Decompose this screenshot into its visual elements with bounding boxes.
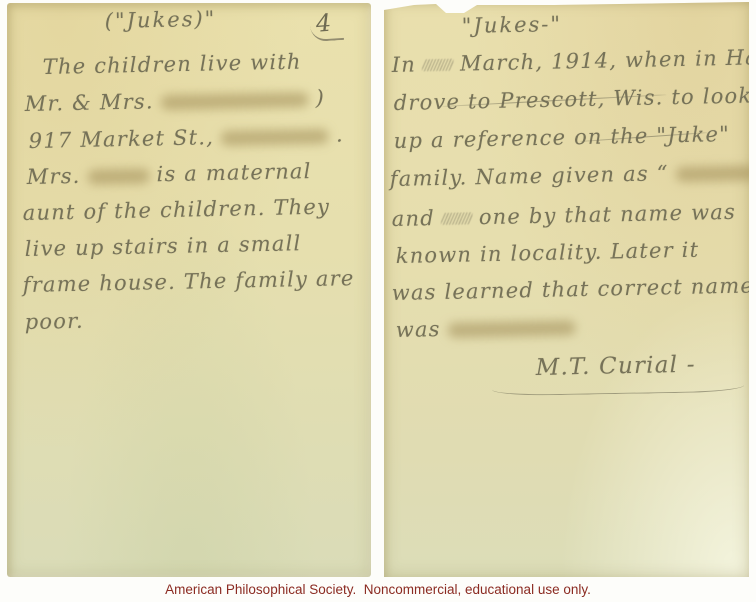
redacted-name (675, 165, 749, 182)
handwritten-line: was (395, 314, 582, 342)
left-page-title: ("Jukes)" (104, 7, 216, 33)
line-text: The children live with (42, 50, 301, 79)
line-text: live up stairs in a small (24, 231, 301, 261)
page-number: 4 (309, 8, 344, 42)
signature: M.T. Curial - (535, 352, 695, 381)
line-text: aunt of the children. They (22, 195, 330, 225)
line-text: is a maternal (156, 159, 312, 186)
usage-caption: American Philosophical Society. Noncomme… (0, 582, 756, 597)
redacted-name (161, 92, 309, 110)
signature-underline (492, 379, 744, 396)
line-text: one by that name was (479, 200, 737, 229)
line-text: ) (315, 86, 325, 110)
line-text: March, 1914, when in Hastings (460, 44, 749, 76)
line-text: up a reference on the "Juke" (393, 122, 730, 153)
line-text: and (391, 206, 435, 231)
line-text: poor. (24, 309, 84, 334)
line-text: . (336, 122, 344, 146)
handwritten-line: Mr. & Mrs.) (24, 86, 325, 116)
handwritten-line: family. Name given as “” (389, 159, 749, 191)
handwritten-line: up a reference on the "Juke" (393, 122, 730, 153)
line-text: Mrs. (26, 164, 80, 189)
line-text: Mr. & Mrs. (24, 89, 153, 116)
handwritten-line: frame house. The family are (22, 266, 354, 297)
handwritten-line: The children live with (42, 50, 301, 79)
handwritten-line: andone by that name was (391, 200, 736, 231)
line-text: was learned that correct name (391, 273, 749, 305)
line-text: In (391, 52, 416, 77)
scanned-document: ("Jukes)" 4 The children live with Mr. &… (0, 0, 756, 602)
line-text: family. Name given as “ (389, 161, 668, 191)
scribbled-out-word (422, 59, 454, 72)
handwritten-line: was learned that correct name (391, 273, 749, 305)
line-text: frame house. The family are (22, 266, 354, 297)
redacted-name (87, 168, 149, 184)
line-text: known in locality. Later it (395, 238, 699, 268)
handwritten-line: Mrs.is a maternal (26, 159, 311, 189)
handwritten-line: poor. (24, 309, 84, 334)
scribbled-out-word (441, 212, 473, 225)
handwritten-line: live up stairs in a small (24, 231, 301, 261)
line-text: was (395, 317, 440, 342)
right-page: "Jukes-" InMarch, 1914, when in Hastings… (384, 0, 749, 577)
handwritten-line: 917 Market St.,. (28, 122, 344, 153)
handwritten-line: known in locality. Later it (395, 238, 699, 268)
line-text: 917 Market St., (28, 125, 214, 153)
right-page-title: "Jukes-" (461, 12, 562, 38)
left-page: ("Jukes)" 4 The children live with Mr. &… (7, 3, 371, 577)
redacted-name (447, 320, 575, 338)
handwritten-line: aunt of the children. They (22, 195, 330, 225)
handwritten-line: InMarch, 1914, when in Hastings (391, 44, 749, 77)
redacted-text (221, 129, 329, 146)
